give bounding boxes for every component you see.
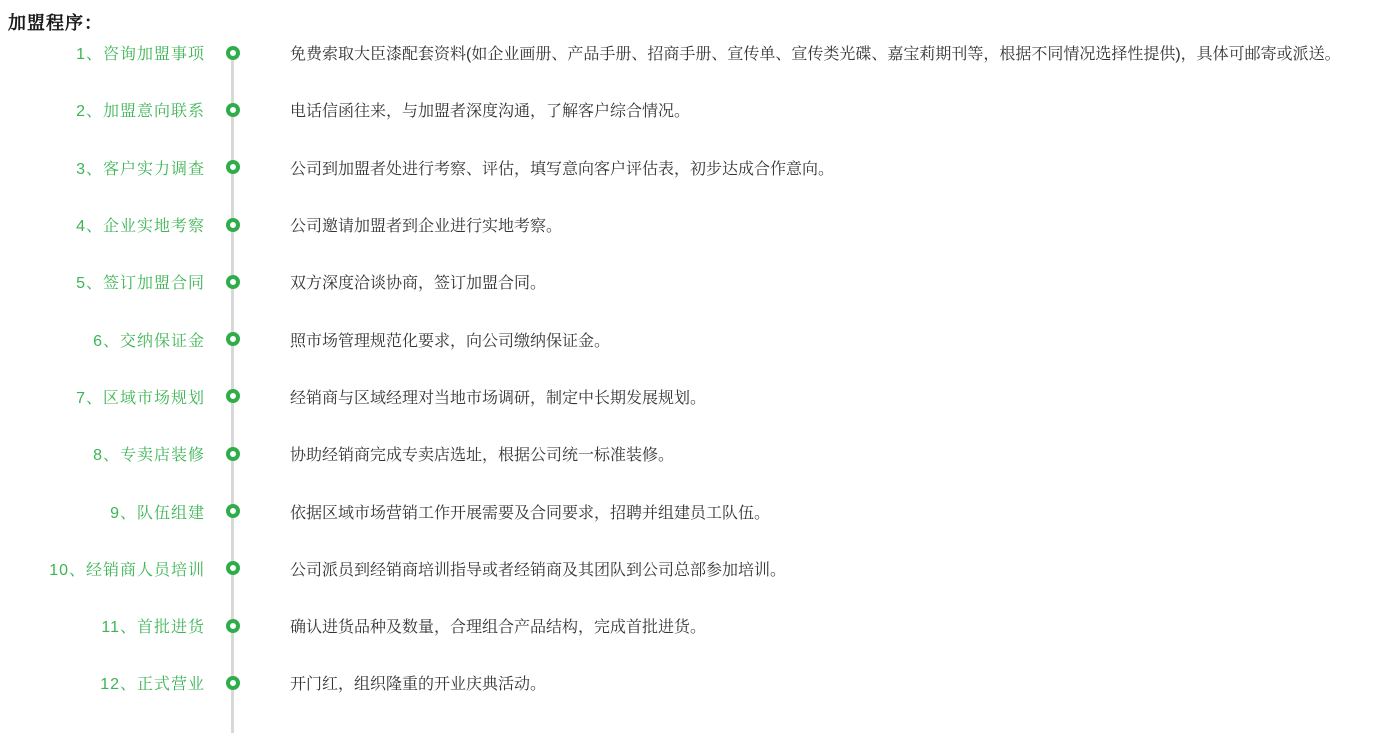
step-label: 11、首批进货 — [0, 614, 205, 637]
timeline-node-icon — [226, 619, 240, 633]
timeline-node-icon — [226, 160, 240, 174]
step-description: 双方深度洽谈协商，签订加盟合同。 — [261, 270, 546, 293]
timeline-node-icon — [226, 447, 240, 461]
step-label: 6、交纳保证金 — [0, 328, 205, 351]
step-description: 公司到加盟者处进行考察、评估，填写意向客户评估表，初步达成合作意向。 — [261, 156, 834, 179]
step-label: 4、企业实地考察 — [0, 213, 205, 236]
step-label: 7、区域市场规划 — [0, 385, 205, 408]
step-description: 公司邀请加盟者到企业进行实地考察。 — [261, 213, 562, 236]
marker-column — [205, 332, 261, 346]
marker-column — [205, 676, 261, 690]
step-row: 7、区域市场规划 经销商与区域经理对当地市场调研，制定中长期发展规划。 — [0, 368, 1387, 425]
franchise-procedure-section: 加盟程序： 1、咨询加盟事项 免费索取大臣漆配套资料(如企业画册、产品手册、招商… — [0, 0, 1387, 748]
step-description: 公司派员到经销商培训指导或者经销商及其团队到公司总部参加培训。 — [261, 557, 786, 580]
step-label: 5、签订加盟合同 — [0, 270, 205, 293]
steps-list: 1、咨询加盟事项 免费索取大臣漆配套资料(如企业画册、产品手册、招商手册、宣传单… — [0, 24, 1387, 712]
step-description: 照市场管理规范化要求，向公司缴纳保证金。 — [261, 328, 610, 351]
step-row: 12、正式营业 开门红，组织隆重的开业庆典活动。 — [0, 654, 1387, 711]
step-row: 5、签订加盟合同 双方深度洽谈协商，签订加盟合同。 — [0, 253, 1387, 310]
marker-column — [205, 218, 261, 232]
timeline-node-icon — [226, 676, 240, 690]
step-label: 12、正式营业 — [0, 671, 205, 694]
marker-column — [205, 103, 261, 117]
timeline-node-icon — [226, 275, 240, 289]
step-row: 10、经销商人员培训 公司派员到经销商培训指导或者经销商及其团队到公司总部参加培… — [0, 540, 1387, 597]
marker-column — [205, 619, 261, 633]
step-row: 6、交纳保证金 照市场管理规范化要求，向公司缴纳保证金。 — [0, 310, 1387, 367]
step-description: 依据区域市场营销工作开展需要及合同要求，招聘并组建员工队伍。 — [261, 500, 770, 523]
timeline-node-icon — [226, 561, 240, 575]
marker-column — [205, 561, 261, 575]
step-row: 11、首批进货 确认进货品种及数量，合理组合产品结构，完成首批进货。 — [0, 597, 1387, 654]
marker-column — [205, 160, 261, 174]
marker-column — [205, 389, 261, 403]
step-description: 电话信函往来，与加盟者深度沟通，了解客户综合情况。 — [261, 98, 690, 121]
step-row: 9、队伍组建 依据区域市场营销工作开展需要及合同要求，招聘并组建员工队伍。 — [0, 482, 1387, 539]
step-row: 1、咨询加盟事项 免费索取大臣漆配套资料(如企业画册、产品手册、招商手册、宣传单… — [0, 24, 1387, 81]
step-description: 开门红，组织隆重的开业庆典活动。 — [261, 671, 546, 694]
step-row: 8、专卖店装修 协助经销商完成专卖店选址，根据公司统一标准装修。 — [0, 425, 1387, 482]
step-description: 确认进货品种及数量，合理组合产品结构，完成首批进货。 — [261, 614, 706, 637]
step-row: 4、企业实地考察 公司邀请加盟者到企业进行实地考察。 — [0, 196, 1387, 253]
marker-column — [205, 447, 261, 461]
timeline-node-icon — [226, 504, 240, 518]
step-label: 1、咨询加盟事项 — [0, 41, 205, 64]
step-description: 免费索取大臣漆配套资料(如企业画册、产品手册、招商手册、宣传单、宣传类光碟、嘉宝… — [261, 41, 1341, 64]
step-label: 9、队伍组建 — [0, 500, 205, 523]
timeline-node-icon — [226, 389, 240, 403]
step-row: 2、加盟意向联系 电话信函往来，与加盟者深度沟通，了解客户综合情况。 — [0, 81, 1387, 138]
timeline-node-icon — [226, 332, 240, 346]
step-label: 8、专卖店装修 — [0, 442, 205, 465]
step-row: 3、客户实力调查 公司到加盟者处进行考察、评估，填写意向客户评估表，初步达成合作… — [0, 139, 1387, 196]
marker-column — [205, 504, 261, 518]
timeline-node-icon — [226, 103, 240, 117]
marker-column — [205, 46, 261, 60]
marker-column — [205, 275, 261, 289]
step-label: 2、加盟意向联系 — [0, 98, 205, 121]
step-label: 3、客户实力调查 — [0, 156, 205, 179]
step-label: 10、经销商人员培训 — [0, 557, 205, 580]
timeline-node-icon — [226, 218, 240, 232]
step-description: 经销商与区域经理对当地市场调研，制定中长期发展规划。 — [261, 385, 706, 408]
step-description: 协助经销商完成专卖店选址，根据公司统一标准装修。 — [261, 442, 674, 465]
timeline-node-icon — [226, 46, 240, 60]
